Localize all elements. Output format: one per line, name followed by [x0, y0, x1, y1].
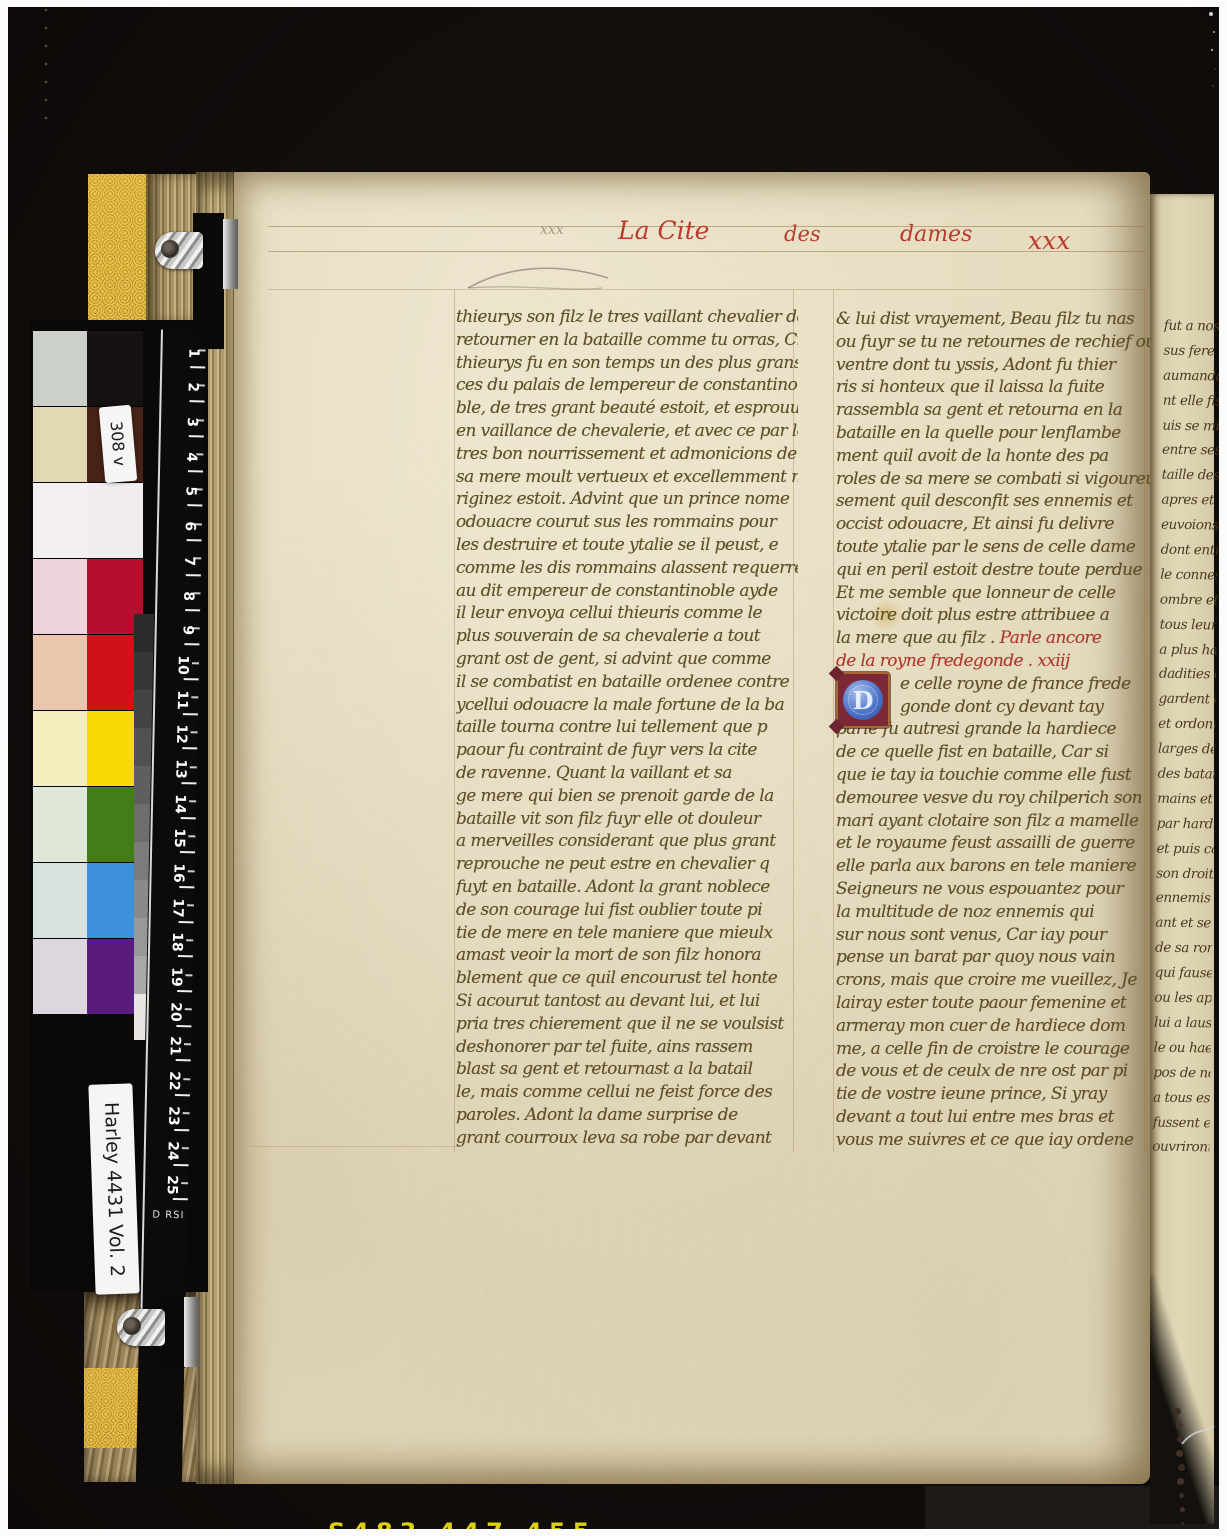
- manuscript-line: ble, de tres grant beauté estoit, et esp…: [456, 398, 798, 421]
- manuscript-line: le, mais comme cellui ne feist force des: [456, 1082, 798, 1105]
- ruler-segment: 5: [156, 470, 203, 506]
- ruler-number: 6: [182, 521, 198, 531]
- color-patch: [33, 331, 87, 406]
- folio-label-text: 308 v: [107, 421, 130, 468]
- color-patch: [33, 559, 87, 634]
- film-sprocket-marks: [1209, 12, 1213, 16]
- manuscript-line: devant a tout lui entre mes bras et: [836, 1107, 1150, 1130]
- folio-label: 308 v: [99, 405, 138, 483]
- film-edge-mark: ‣: [44, 114, 49, 123]
- manuscript-line: blast sa gent et retournast a la batail: [456, 1059, 798, 1082]
- manuscript-line: elle parla aux barons en tele maniere: [836, 856, 1150, 879]
- facing-text-fragment: nt elle fist bien: [1163, 392, 1219, 418]
- ruler-halftick: [182, 1147, 189, 1149]
- ruler-halftick: [184, 1043, 191, 1045]
- ruler-segment: 12: [151, 713, 198, 749]
- film-edge-mark: ‣: [44, 78, 49, 87]
- ruler-segment: 24: [143, 1129, 190, 1165]
- color-patch: [87, 331, 143, 406]
- facing-text-fragment: apres et ainsi ch: [1161, 492, 1218, 518]
- color-chart-row: [33, 786, 143, 862]
- manuscript-line: ou fuyr se tu ne retournes de rechief ou: [836, 332, 1150, 355]
- manuscript-line: au dit empereur de constantinoble ayde: [456, 581, 798, 604]
- gilded-binding-bottom: [84, 1368, 142, 1448]
- ruler-segment: 22: [144, 1060, 191, 1096]
- manuscript-line: ment quil avoit de la honte des pa: [836, 446, 1150, 469]
- manuscript-line: pria tres chierement que il ne se voulsi…: [456, 1014, 798, 1037]
- manuscript-line: riginez estoit. Advint que un prince nom…: [456, 489, 798, 512]
- color-chart-row: [33, 938, 143, 1014]
- ruler-number: 5: [183, 487, 199, 497]
- ruler-number: 9: [180, 625, 196, 635]
- facing-text-fragment: fut a nostre co: [1164, 318, 1219, 344]
- manuscript-line: sur nous sont venus, Car iay pour: [836, 925, 1150, 948]
- facing-text-fragment: uis se mist deu: [1162, 417, 1219, 443]
- ruler-segment: 9: [153, 609, 200, 645]
- facing-text-fragment: ennemis q: [1156, 890, 1213, 916]
- manuscript-line: deshonorer par tel fuite, ains rassem: [456, 1037, 798, 1060]
- film-edge-mark: ‣: [44, 24, 49, 33]
- ruler-halftick: [181, 1182, 188, 1184]
- color-patch: [33, 483, 87, 558]
- ruler-halftick: [186, 939, 193, 941]
- binder-clip-bottom: [117, 1309, 165, 1346]
- ruler-number: 21: [166, 1037, 182, 1057]
- manuscript-line: ge mere qui bien se prenoit garde de la: [456, 786, 798, 809]
- facing-text-fragment: ouvriront: [1152, 1139, 1209, 1165]
- facing-text-fragment: entre ses baies le: [1162, 442, 1219, 468]
- film-edge-mark: ‣: [44, 42, 49, 51]
- ruler-number: 11: [173, 690, 189, 710]
- facing-text-fragment: fussent entr: [1152, 1114, 1209, 1140]
- facing-text-fragment: sus fere les ba: [1163, 343, 1219, 369]
- manuscript-line: rassembla sa gent et retourna en la: [836, 400, 1150, 423]
- color-patch: [33, 939, 87, 1014]
- ruler-number: 15: [170, 828, 186, 848]
- column1-lines: thieurys son filz le tres vaillant cheva…: [456, 307, 798, 1150]
- ruler-halftick: [188, 870, 195, 872]
- film-edge-marks: ‣‣‣‣‣‣‣: [44, 7, 49, 123]
- ruler-tick: [173, 1198, 188, 1200]
- film-edge-mark: ‣: [44, 60, 49, 69]
- facing-text-fragment: gardent en parfau: [1158, 691, 1215, 717]
- manuscript-line: toute ytalie par le sens de celle dame: [836, 537, 1150, 560]
- manuscript-line: tie de mere en tele maniere que mieulx: [456, 923, 798, 946]
- ruler-number: 18: [168, 932, 184, 952]
- facing-text-fragment: et ordonne cheua: [1158, 716, 1215, 742]
- manuscript-line: thieurys fu en son temps un des plus gra…: [456, 353, 798, 376]
- manuscript-line: victoire doit plus estre attribuee a: [836, 605, 1150, 628]
- line-text: la mere que au filz .: [836, 628, 1000, 648]
- manuscript-line: comme les dis rommains alassent requerre: [456, 558, 798, 581]
- facing-text-fragment: ant et se d: [1155, 915, 1212, 941]
- thread: [1180, 1424, 1216, 1450]
- photo-content: ‣‣‣‣‣‣‣: [8, 7, 1219, 1529]
- color-patch: [33, 635, 87, 710]
- manuscript-line: sement quil desconfit ses ennemis et: [836, 491, 1150, 514]
- film-edge-mark: ‣: [44, 7, 49, 15]
- ruler-halftick: [183, 1113, 190, 1115]
- facing-text-fragment: taille des cheuau: [1161, 467, 1218, 493]
- facing-text-fragment: pos de nous: [1153, 1064, 1210, 1090]
- shelfmark-label-text: Harley 4431 Vol. 2: [100, 1101, 128, 1277]
- color-chart-row: [33, 558, 143, 634]
- color-patch: [33, 863, 87, 938]
- ruling-line-vertical: [454, 290, 455, 1152]
- color-patch: [33, 787, 87, 862]
- ruler-halftick: [188, 835, 195, 837]
- manuscript-line: blement que ce quil encourust tel honte: [456, 968, 798, 991]
- ruler-number: 17: [169, 898, 185, 918]
- ruler-segment: 2: [159, 366, 206, 402]
- facing-text-fragment: par hardi courage: [1157, 815, 1214, 841]
- color-chart-row: [33, 710, 143, 786]
- ruler-number: 25: [163, 1175, 179, 1195]
- ruler-number: 13: [172, 759, 188, 779]
- facing-text-fragment: dont entrerent e: [1160, 542, 1217, 568]
- color-patch: [87, 483, 143, 558]
- manuscript-line: que ie tay ia touchie comme elle fust: [836, 765, 1150, 788]
- ruler-segment: 8: [154, 574, 201, 610]
- manuscript-line: de ravenne. Quant la vaillant et sa: [456, 763, 798, 786]
- facing-text-fragment: qui fauseroi: [1155, 965, 1212, 991]
- manuscript-line: odouacre courut sus les rommains pour: [456, 512, 798, 535]
- ruler-number: 12: [173, 724, 189, 744]
- manuscript-line: reprouche ne peut estre en chevalier q: [456, 854, 798, 877]
- manuscript-line: fuyt en bataille. Adont la grant noblece: [456, 877, 798, 900]
- facing-text-fragment: euvoions tant qu: [1161, 517, 1218, 543]
- manuscript-line: thieurys son filz le tres vaillant cheva…: [456, 307, 798, 330]
- manuscript-line: pense un barat par quoy nous vain: [836, 947, 1150, 970]
- ruler-halftick: [190, 766, 197, 768]
- clip-hole: [161, 240, 179, 258]
- text-column-2: & lui dist vrayement, Beau filz tu nasou…: [836, 309, 1150, 1159]
- ruler-segment: 23: [143, 1094, 190, 1130]
- facing-text-fragment: aumandast et d: [1163, 367, 1219, 393]
- color-patch: [33, 711, 87, 786]
- manuscript-line: en vaillance de chevalerie, et avec ce p…: [456, 421, 798, 444]
- digitized-manuscript-photograph: ‣‣‣‣‣‣‣: [0, 0, 1227, 1536]
- manuscript-line: amast veoir la mort de son filz honora: [456, 945, 798, 968]
- facing-text-fragment: des batailles fueil: [1157, 766, 1214, 792]
- facing-text-fragment: ou les appa: [1154, 990, 1211, 1016]
- facing-page-text: fut a nostre cosus fere les baaumandast …: [1152, 318, 1219, 1165]
- manuscript-line: crons, mais que croire me vueillez, Je: [836, 970, 1150, 993]
- ruling-line: [250, 1146, 460, 1147]
- rubric-text: Parle ancore: [1000, 628, 1102, 648]
- ruler-segment: 3: [158, 401, 205, 437]
- manuscript-line: il leur envoya cellui thieuris comme le: [456, 603, 798, 626]
- ruler-segment: 19: [146, 956, 193, 992]
- manuscript-line: grant ost de gent, si advint que comme: [456, 649, 798, 672]
- backdrop-shadow-wedge: [1150, 1274, 1214, 1524]
- ruler-number: 4: [183, 452, 199, 462]
- film-frame-number: S483 447 455: [328, 1518, 888, 1529]
- facing-text-fragment: le ou hael p: [1153, 1039, 1210, 1065]
- ruler-segment: 18: [147, 921, 194, 957]
- ruler-halftick: [185, 1009, 192, 1011]
- facing-text-fragment: de sa romm: [1155, 940, 1212, 966]
- clip-bar-top: [223, 219, 238, 289]
- pencil-mark-swoosh: [462, 258, 622, 298]
- manuscript-line: lairay ester toute paour femenine et: [836, 993, 1150, 1016]
- facing-text-fragment: larges de leurs en: [1158, 741, 1215, 767]
- illuminated-initial: D: [836, 672, 890, 728]
- manuscript-line: Si acourut tantost au devant lui, et lui: [456, 991, 798, 1014]
- facing-text-fragment: et puis com: [1156, 840, 1213, 866]
- ruling-line: [268, 251, 1146, 252]
- ruler-segment: 21: [145, 1025, 192, 1061]
- ruler-segment: 13: [151, 748, 198, 784]
- manuscript-line: de vous et de ceulx de nre ost par pi: [836, 1061, 1150, 1084]
- color-chart-row: [33, 330, 143, 406]
- facing-text-fragment: a tous espoi: [1153, 1089, 1210, 1115]
- ruler-halftick: [185, 974, 192, 976]
- column2-lines-b: e celle royne de france fredegonde dont …: [836, 674, 1150, 1153]
- ruler-number: 2: [185, 383, 201, 393]
- facing-text-fragment: ombre et tous les: [1160, 591, 1217, 617]
- ruler-segment: 16: [148, 852, 195, 888]
- ruler-number: 10: [174, 655, 190, 675]
- manuscript-line: plus souverain de sa chevalerie a tout: [456, 626, 798, 649]
- facing-text-fragment: son droit /: [1156, 865, 1213, 891]
- clip-hole: [123, 1317, 141, 1335]
- ruler-segment: 17: [148, 886, 195, 922]
- ruler-number: 20: [167, 1002, 183, 1022]
- color-patch: [33, 407, 87, 482]
- ruler-segment: 25: [142, 1164, 189, 1200]
- manuscript-line: tie de vostre ieune prince, Si yray: [836, 1084, 1150, 1107]
- manuscript-line: Seigneurs ne vous espouantez pour: [836, 879, 1150, 902]
- manuscript-line: vous me suivres et ce que iay ordene: [836, 1130, 1150, 1153]
- facing-text-fragment: tous leurs cheua: [1159, 616, 1216, 642]
- manuscript-line: bataille vit son filz fuyr elle ot doule…: [456, 809, 798, 832]
- manuscript-line: ycellui odouacre la male fortune de la b…: [456, 695, 798, 718]
- manuscript-line: les destruire et toute ytalie se il peus…: [456, 535, 798, 558]
- manuscript-line: roles de sa mere se combati si vigoureu: [836, 469, 1150, 492]
- ruler-halftick: [189, 801, 196, 803]
- initial-filigree-ring: [848, 685, 878, 715]
- manuscript-line: occist odouacre, Et ainsi fu delivre: [836, 514, 1150, 537]
- ruler-halftick: [187, 905, 194, 907]
- manuscript-line: me, a celle fin de croistre le courage: [836, 1039, 1150, 1062]
- ruler-number: 23: [165, 1106, 181, 1126]
- film-edge-mark: ‣: [44, 96, 49, 105]
- color-chart-row: [33, 634, 143, 710]
- manuscript-line: grant courroux leva sa robe par devant: [456, 1128, 798, 1151]
- manuscript-line: armeray mon cuer de hardiece dom: [836, 1016, 1150, 1039]
- initial-disc: D: [843, 680, 883, 720]
- photo-frame: ‣‣‣‣‣‣‣: [8, 7, 1219, 1529]
- ruler-halftick: [183, 1078, 190, 1080]
- manuscript-line: mari ayant clotaire son filz a mamelle: [836, 811, 1150, 834]
- ruler-number: 3: [184, 417, 200, 427]
- ruler-number: 1: [186, 348, 202, 358]
- facing-page-edge: fut a nostre cosus fere les baaumandast …: [1150, 194, 1214, 1524]
- ruler-number: 24: [164, 1141, 180, 1161]
- manuscript-line: a merveilles considerant que plus grant: [456, 831, 798, 854]
- ruler-segment: 10: [153, 644, 200, 680]
- shelfmark-label: Harley 4431 Vol. 2: [88, 1083, 139, 1294]
- manuscript-line: ventre dont tu yssis, Adont fu thier: [836, 355, 1150, 378]
- ruler-segment: 14: [150, 782, 197, 818]
- running-title-word1: La Cite: [618, 216, 709, 245]
- ruler-number: 7: [181, 556, 197, 566]
- ruler-segment: 15: [149, 817, 196, 853]
- manuscript-line: demouree vesve du roy chilperich son: [836, 788, 1150, 811]
- manuscript-line: & lui dist vrayement, Beau filz tu nas: [836, 309, 1150, 332]
- column2-lines-a: & lui dist vrayement, Beau filz tu nasou…: [836, 309, 1150, 628]
- ruler-segment: 20: [145, 990, 192, 1026]
- facing-text-fragment: le connestable vn: [1160, 567, 1217, 593]
- ruling-line: [268, 289, 1146, 290]
- gilded-binding-top: [88, 174, 148, 326]
- running-title-word2: des: [784, 222, 821, 246]
- color-chart-row: [33, 482, 143, 558]
- ruler-segment: 11: [152, 678, 199, 714]
- sewing-holes: [1174, 1408, 1181, 1415]
- text-column-1: thieurys son filz le tres vaillant cheva…: [456, 307, 798, 1157]
- manuscript-line: ris si honteux que il laissa la fuite: [836, 377, 1150, 400]
- rubric-line: de la royne fredegonde . xxiij: [836, 651, 1150, 674]
- facing-text-fragment: lui a laust: [1154, 1015, 1211, 1041]
- manuscript-line: il se combatist en bataille ordenee cont…: [456, 672, 798, 695]
- ruler-number: 16: [170, 863, 186, 883]
- ruler-segment: 4: [157, 436, 204, 472]
- ruler-number: 19: [168, 967, 184, 987]
- manuscript-line-with-rubric: la mere que au filz . Parle ancore: [836, 628, 1150, 651]
- manuscript-line: paroles. Adont la dame surprise de: [456, 1105, 798, 1128]
- manuscript-line: taille tourna contre lui tellement que p: [456, 717, 798, 740]
- color-chart-row: [33, 862, 143, 938]
- ruler-segment: 6: [156, 505, 203, 541]
- ruler-halftick: [191, 731, 198, 733]
- manuscript-line: de ce quelle fist en bataille, Car si: [836, 742, 1150, 765]
- ruler-segment: 7: [155, 540, 202, 576]
- facing-text-fragment: dadities comme: [1159, 666, 1216, 692]
- manuscript-line: de son courage lui fist oublier toute pi: [456, 900, 798, 923]
- ruler-number: 8: [180, 591, 196, 601]
- binder-clip-top: [155, 232, 203, 269]
- facing-text-fragment: mains et tous iou: [1157, 791, 1214, 817]
- manuscript-line: qui en peril estoit destre toute perdue: [836, 560, 1150, 583]
- ruler-halftick: [192, 662, 199, 664]
- header-page-number: xxx: [1028, 226, 1070, 255]
- manuscript-line: bataille en la quelle pour lenflambe: [836, 423, 1150, 446]
- manuscript-line: Et me semble que lonneur de celle: [836, 583, 1150, 606]
- manuscript-line: et le royaume feust assailli de guerre: [836, 833, 1150, 856]
- manuscript-line: retourner en la bataille comme tu orras,…: [456, 330, 798, 353]
- ruler-number: 22: [165, 1071, 181, 1091]
- clip-bar-bottom: [184, 1297, 199, 1367]
- ruler-halftick: [191, 696, 198, 698]
- facing-text-fragment: a plus haus prid: [1159, 641, 1216, 667]
- manuscript-line: ces du palais de lempereur de constantin…: [456, 375, 798, 398]
- manuscript-line: sa mere moult vertueux et excellemment m…: [456, 467, 798, 490]
- ruler-number: 14: [171, 794, 187, 814]
- manuscript-line: paour fu contraint de fuyr vers la cite: [456, 740, 798, 763]
- ruler-footer: D RSI: [152, 1210, 184, 1222]
- manuscript-line: tres bon nourrissement et admonicions de: [456, 444, 798, 467]
- running-title-word3: dames: [900, 222, 972, 247]
- manuscript-line: la multitude de noz ennemis qui: [836, 902, 1150, 925]
- header-pencil-foliation: xxx: [540, 222, 564, 238]
